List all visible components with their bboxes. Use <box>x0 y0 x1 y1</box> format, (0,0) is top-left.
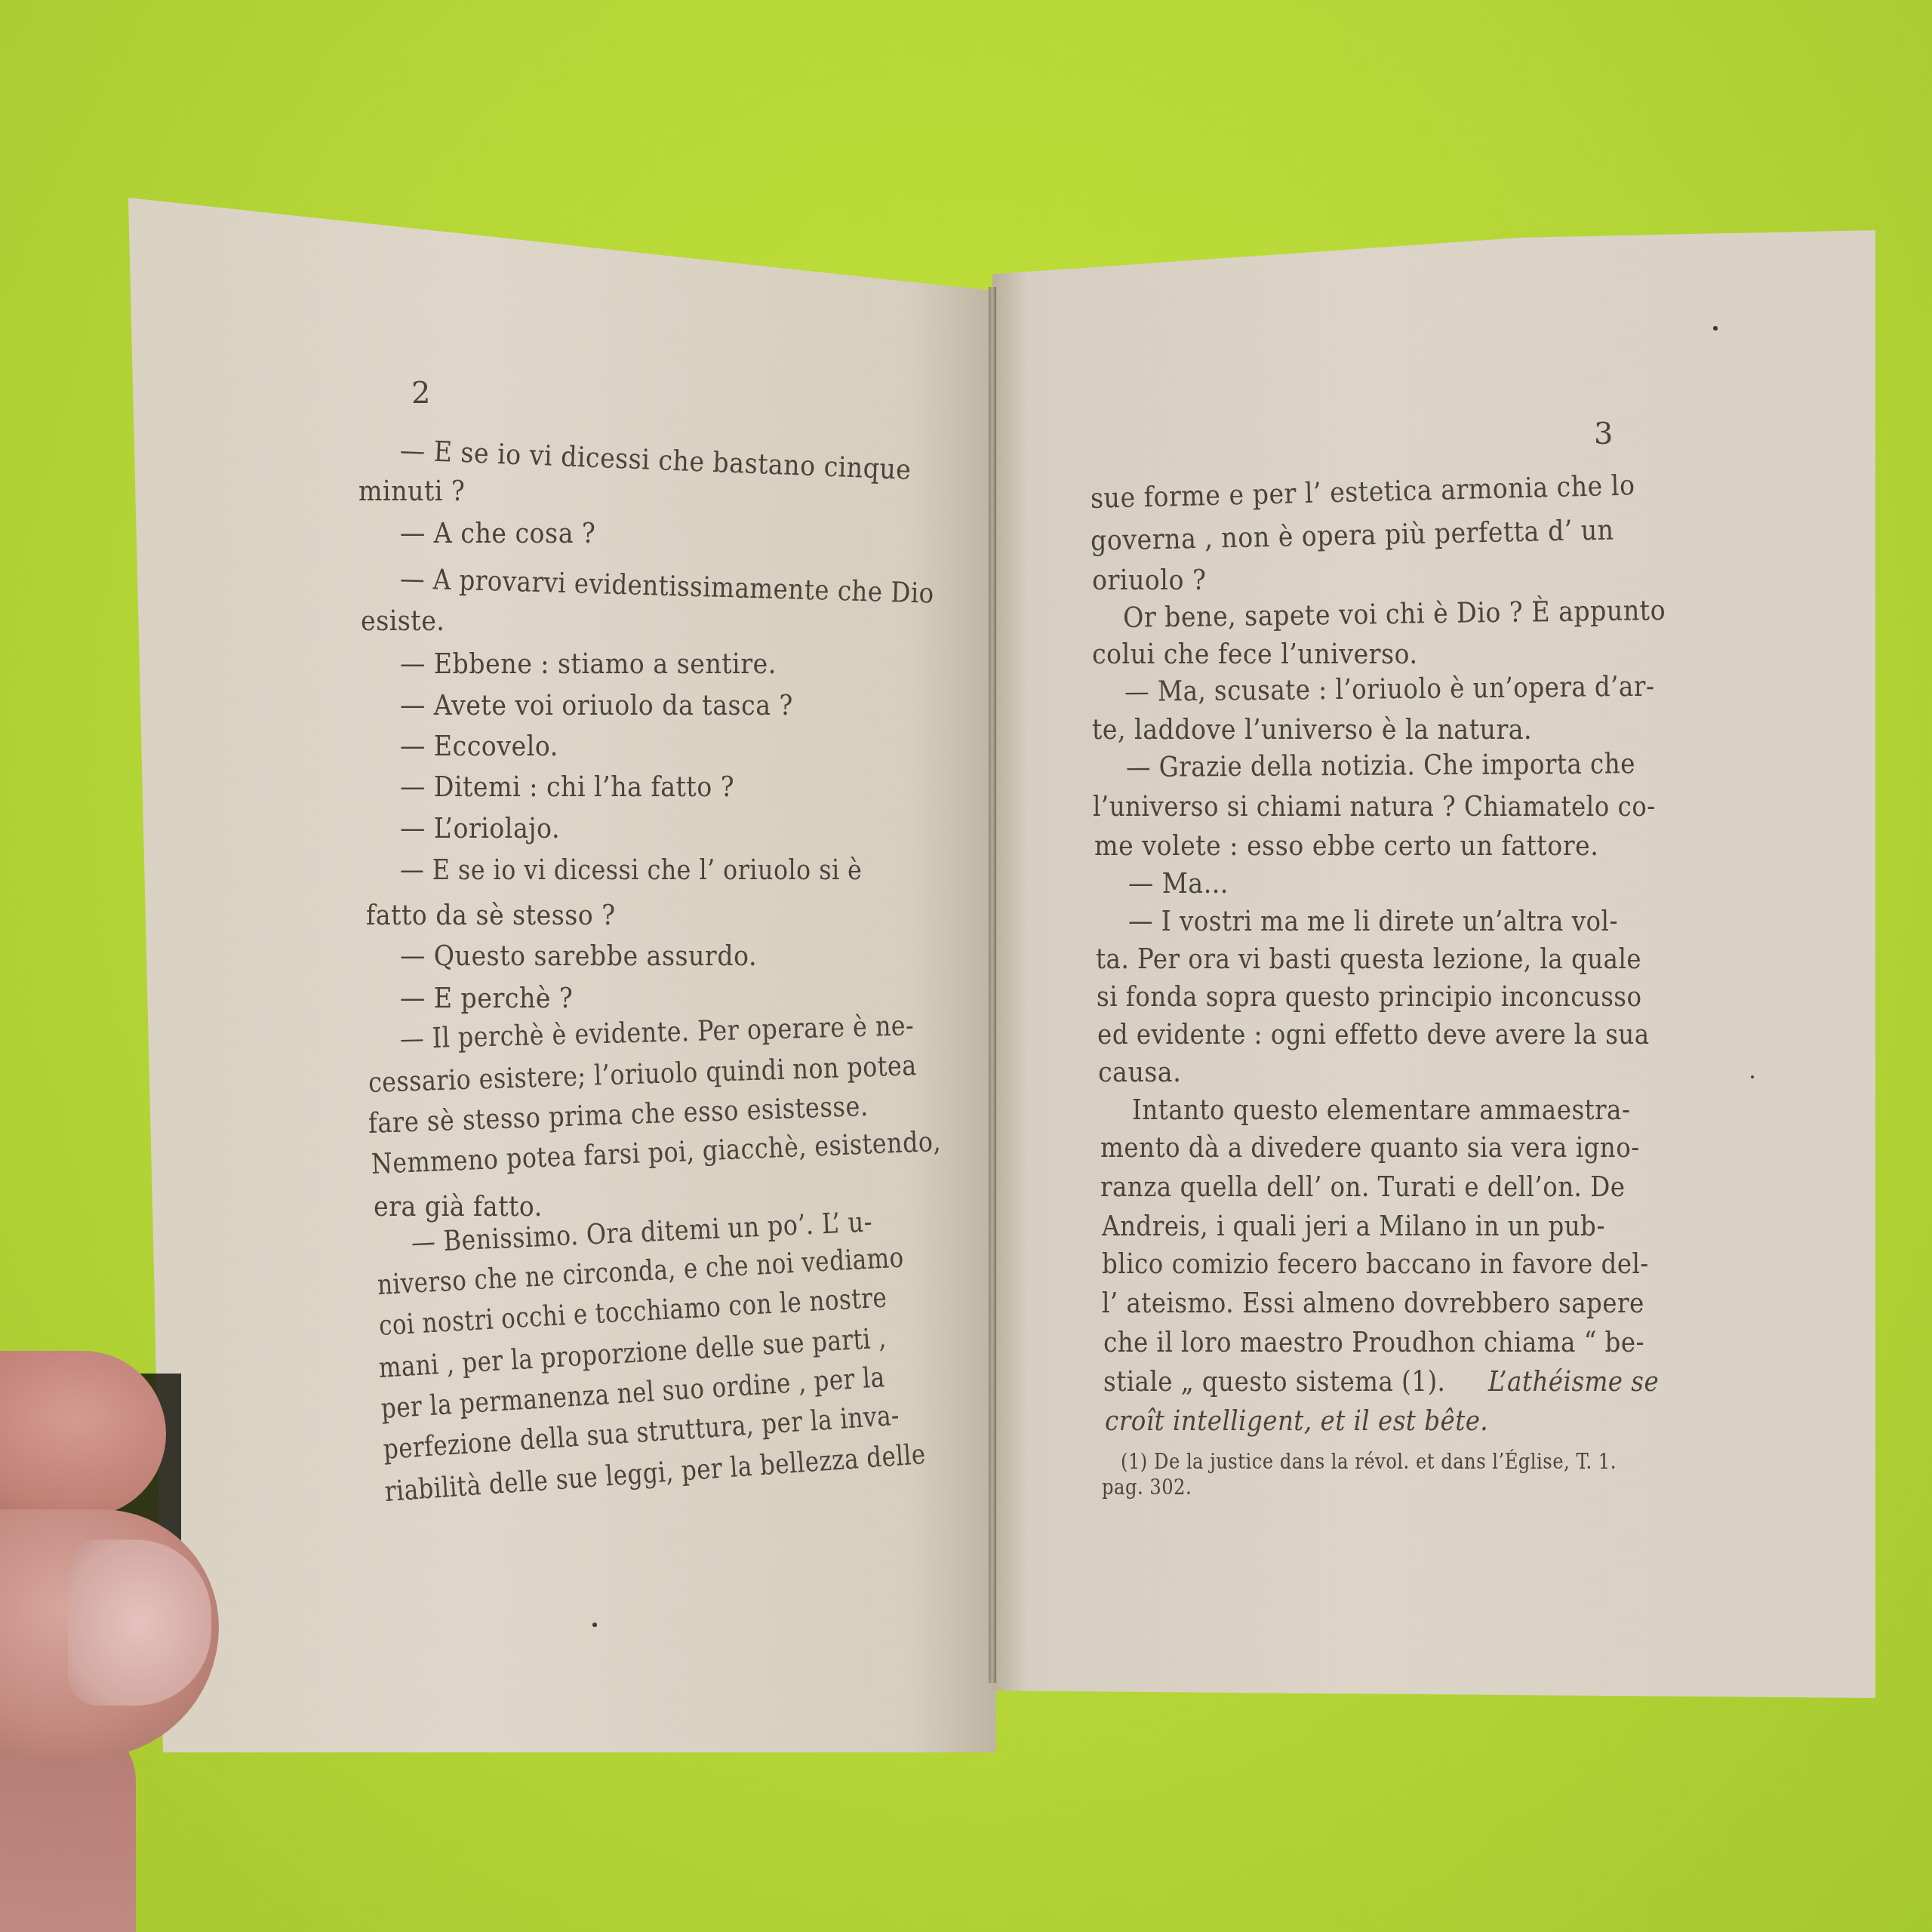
text-line: — E perchè ? <box>400 978 573 1019</box>
paper-speck <box>1713 326 1718 331</box>
text-line: fatto da sè stesso ? <box>366 895 616 936</box>
text-line: — Ma, scusate : l’oriuolo è un’opera d’a… <box>1124 666 1655 712</box>
text-line: — I vostri ma me li direte un’altra vol- <box>1128 901 1618 942</box>
text-line: — L’oriolajo. <box>400 808 560 849</box>
italic-french-quote: croît intelligent, et il est bête. <box>1105 1401 1488 1441</box>
text-line: l’universo si chiami natura ? Chiamatelo… <box>1093 786 1656 827</box>
text-line: Intanto questo elementare ammaestra- <box>1132 1090 1630 1131</box>
text-line: mento dà a divedere quanto sia vera igno… <box>1100 1128 1640 1168</box>
italic-french-quote: L’athéisme se <box>1488 1361 1659 1402</box>
text-line: causa. <box>1098 1052 1181 1093</box>
book-spine-gutter <box>989 287 996 1683</box>
text-line: esiste. <box>361 601 445 641</box>
text-line: — Ebbene : stiamo a sentire. <box>400 644 777 685</box>
footnote-line: pag. 302. <box>1102 1473 1192 1503</box>
text-line: ranza quella dell’ on. Turati e dell’on.… <box>1100 1167 1625 1207</box>
text-line: l’ ateismo. Essi almeno dovrebbero saper… <box>1102 1283 1644 1324</box>
text-line: — Ma... <box>1128 863 1229 904</box>
text-line: minuti ? <box>358 471 465 512</box>
text-line: che il loro maestro Proudhon chiama “ be… <box>1103 1322 1644 1363</box>
page-number-left: 2 <box>411 376 430 411</box>
index-finger <box>0 1351 166 1517</box>
text-line: — Questo sarebbe assurdo. <box>400 936 757 977</box>
text-line: — Ditemi : chi l’ha fatto ? <box>400 767 734 808</box>
text-line: — Grazie della notizia. Che importa che <box>1126 743 1635 788</box>
text-line: — Eccovelo. <box>400 726 558 767</box>
paper-speck <box>592 1623 597 1627</box>
text-line: blico comizio fecero baccano in favore d… <box>1102 1244 1649 1284</box>
text-line: ed evidente : ogni effetto deve avere la… <box>1097 1014 1650 1055</box>
text-line: oriuolo ? <box>1092 560 1206 601</box>
footnote-line: (1) De la justice dans la révol. et dans… <box>1121 1447 1617 1478</box>
text-line: — A che cosa ? <box>400 513 595 554</box>
thumbnail <box>68 1540 211 1706</box>
page-number-right: 3 <box>1594 417 1613 451</box>
text-line: Or bene, sapete voi chi è Dio ? È appunt… <box>1123 590 1666 638</box>
text-line: — Avete voi oriuolo da tasca ? <box>400 685 793 726</box>
text-line: Andreis, i quali jeri a Milano in un pub… <box>1102 1206 1605 1247</box>
text-line: ta. Per ora vi basti questa lezione, la … <box>1096 939 1641 980</box>
text-line: stiale „ questo sistema (1). <box>1103 1361 1445 1402</box>
text-line: si fonda sopra questo principio inconcus… <box>1097 977 1642 1017</box>
paper-speck <box>1751 1075 1754 1078</box>
text-line: me volete : esso ebbe certo un fattore. <box>1094 826 1598 866</box>
text-line: — E se io vi dicessi che l’ oriuolo si è <box>400 850 862 891</box>
